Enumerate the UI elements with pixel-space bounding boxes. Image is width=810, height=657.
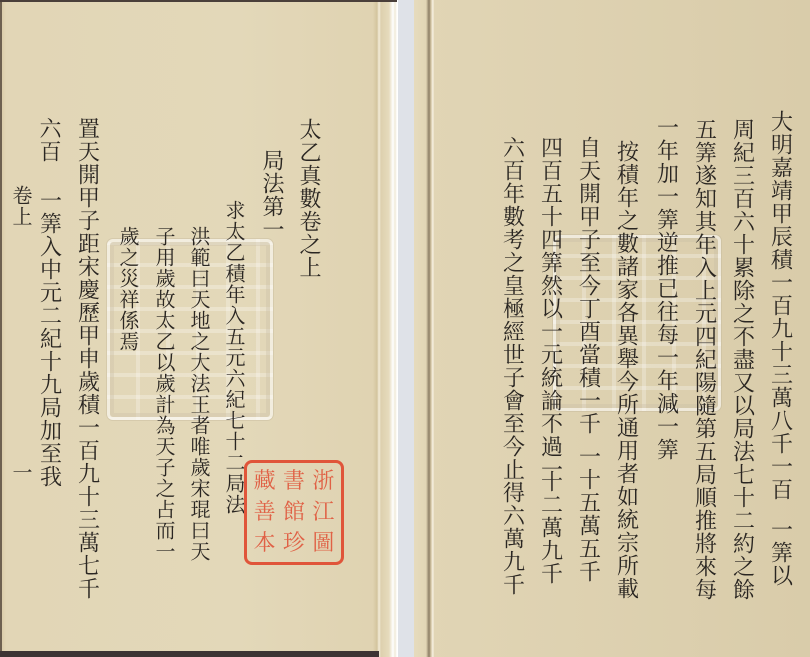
left-page: 太乙真數卷之上 局法第一 求太乙積年入五元六紀七十二局法 洪範曰天地之大法王者唯…: [0, 0, 397, 657]
section-heading: 局法第一: [258, 149, 284, 241]
book-shadow: [0, 651, 379, 657]
seal-char: 珍: [280, 529, 307, 558]
text-column: 十二萬九千: [537, 470, 562, 585]
red-library-seal: 藏 書 浙 善 館 江 本 珍 圖: [244, 460, 344, 565]
fold-edge: [414, 0, 434, 657]
text-column: 一年加一筭逆推已往每一年減一筭: [653, 116, 678, 461]
text-column: 按積年之數諸家各異舉今所通用者如統宗所載: [613, 140, 638, 600]
text-column: 五筭遂知其年入上元四紀陽隨第五局順推將來每: [691, 118, 716, 601]
page-divider: [397, 0, 415, 657]
seal-char: 江: [310, 498, 337, 527]
text-column: 求太乙積年入五元六紀七十二局法: [222, 200, 246, 515]
seal-char: 圖: [310, 529, 337, 558]
text-column: 六百年數考之皇極經世子會至今止得六萬九千: [499, 136, 524, 596]
page-number: 一: [8, 462, 34, 483]
text-column: 六百: [36, 117, 60, 163]
seal-char: 本: [251, 529, 278, 558]
seal-char: 藏: [251, 467, 278, 496]
fold-margin-label: 卷上: [8, 185, 34, 227]
text-column: 置天開甲子距宋慶歷甲申歲積一百九十三萬七千: [74, 117, 99, 600]
text-column: 自天開甲子至今丁酉當積一千: [575, 136, 600, 435]
text-column: 子用歲故太乙以歲計為天子之占而一: [152, 226, 176, 562]
text-column: 一筭以: [767, 518, 792, 587]
right-page: 大明嘉靖甲辰積一百九十三萬八千一百 一筭以 周紀三百六十累除之不盡又以局法七十二…: [414, 0, 810, 657]
text-column: 歲之災祥係焉: [116, 226, 140, 352]
page-edge: [0, 2, 2, 657]
text-column: 大明嘉靖甲辰積一百九十三萬八千一百: [767, 110, 792, 501]
text-column: 一十五萬五千: [575, 445, 600, 583]
book-title: 太乙真數卷之上: [295, 118, 321, 279]
text-column: 四百五十四筭然以一元統論不過一: [537, 136, 562, 481]
seal-char: 善: [251, 498, 278, 527]
text-column: 洪範曰天地之大法王者唯歲宋琨曰天: [187, 226, 211, 562]
seal-char: 書: [280, 467, 307, 496]
fold-edge: [373, 2, 397, 657]
seal-char: 館: [280, 498, 307, 527]
text-column: 一筭入中元二紀十九局加至我: [36, 189, 61, 488]
seal-char: 浙: [310, 467, 337, 496]
text-column: 周紀三百六十累除之不盡又以局法七十二約之餘: [729, 118, 754, 601]
